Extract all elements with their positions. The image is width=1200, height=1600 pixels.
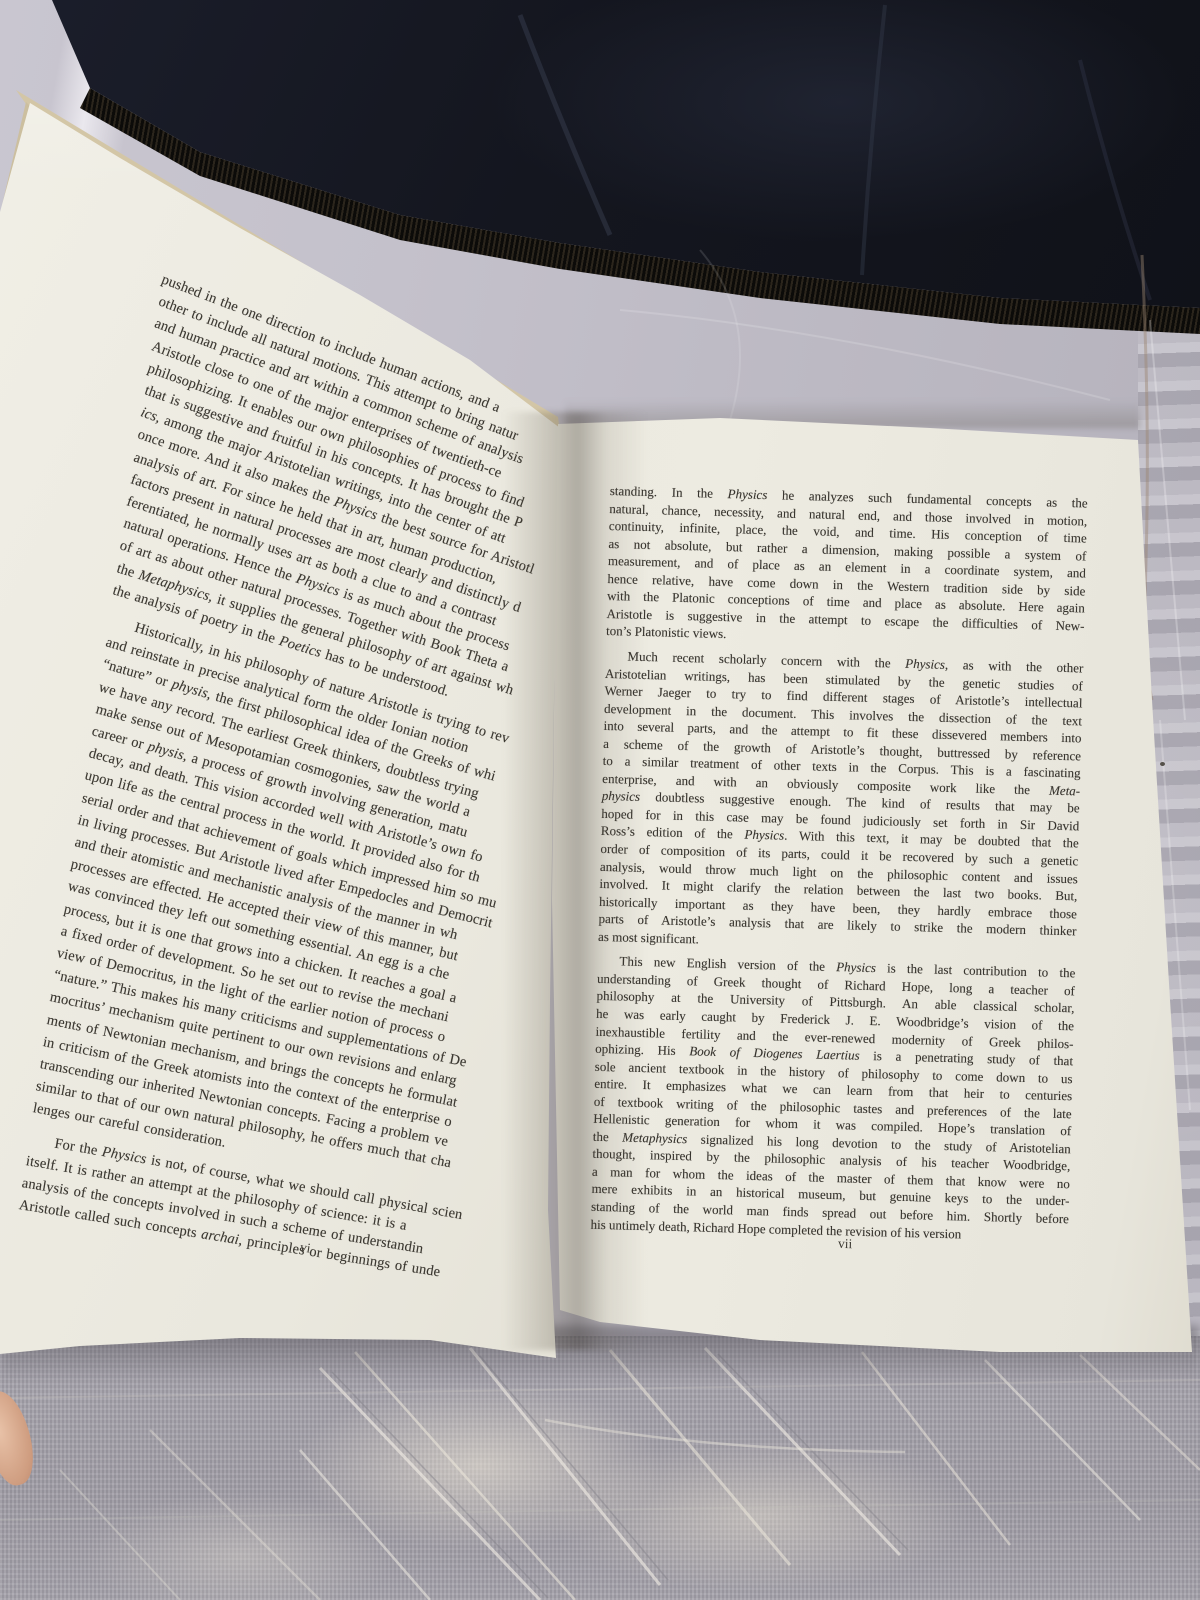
- gutter-shadow: [503, 412, 647, 1350]
- photo-of-open-book: pushed in the one direction to include h…: [0, 0, 1200, 1600]
- left-page-number: vi: [299, 1239, 312, 1256]
- right-page-number: vii: [838, 1236, 853, 1252]
- debris-speck: [1160, 762, 1165, 766]
